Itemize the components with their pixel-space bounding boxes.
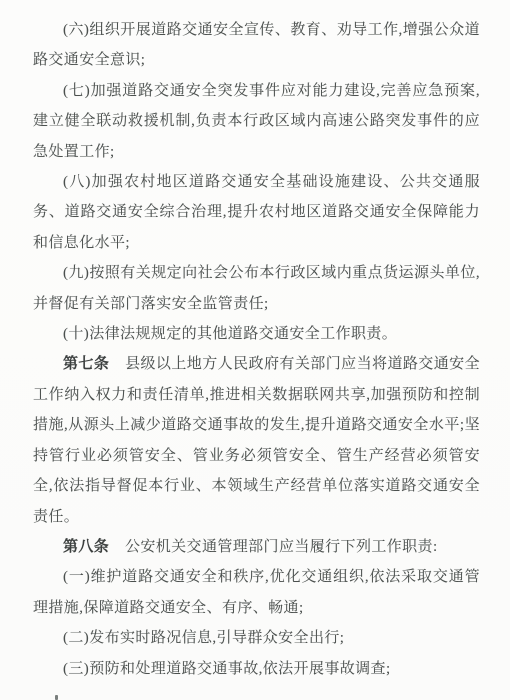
article-8-number: 第八条 (63, 539, 109, 555)
article-8-text: 公安机关交通管理部门应当履行下列工作职责: (125, 539, 438, 555)
clause-item-1: (一)维护道路交通安全和秩序,优化交通组织,依法采取交通管理措施,保障道路交通安… (33, 562, 480, 623)
next-line-partial-glyph (55, 695, 58, 700)
clause-item-10: (十)法律法规规定的其他道路交通安全工作职责。 (33, 319, 480, 349)
article-7-number: 第七条 (63, 356, 109, 372)
document-text-block: (六)组织开展道路交通安全宣传、教育、劝导工作,增强公众道路交通安全意识; (七… (33, 15, 480, 684)
clause-item-9: (九)按照有关规定向社会公布本行政区域内重点货运源头单位,并督促有关部门落实安全… (33, 258, 480, 319)
article-8: 第八条公安机关交通管理部门应当履行下列工作职责: (33, 532, 480, 562)
clause-item-8: (八)加强农村地区道路交通安全基础设施建设、公共交通服务、道路交通安全综合治理,… (33, 167, 480, 258)
clause-item-3: (三)预防和处理道路交通事故,依法开展事故调查; (33, 654, 480, 684)
document-page: (六)组织开展道路交通安全宣传、教育、劝导工作,增强公众道路交通安全意识; (七… (0, 0, 510, 700)
clause-item-2: (二)发布实时路况信息,引导群众安全出行; (33, 623, 480, 653)
article-7-text: 县级以上地方人民政府有关部门应当将道路交通安全工作纳入权力和责任清单,推进相关数… (33, 356, 480, 524)
clause-item-6: (六)组织开展道路交通安全宣传、教育、劝导工作,增强公众道路交通安全意识; (33, 15, 480, 76)
clause-item-7: (七)加强道路交通安全突发事件应对能力建设,完善应急预案,建立健全联动救援机制,… (33, 76, 480, 167)
article-7: 第七条县级以上地方人民政府有关部门应当将道路交通安全工作纳入权力和责任清单,推进… (33, 349, 480, 531)
